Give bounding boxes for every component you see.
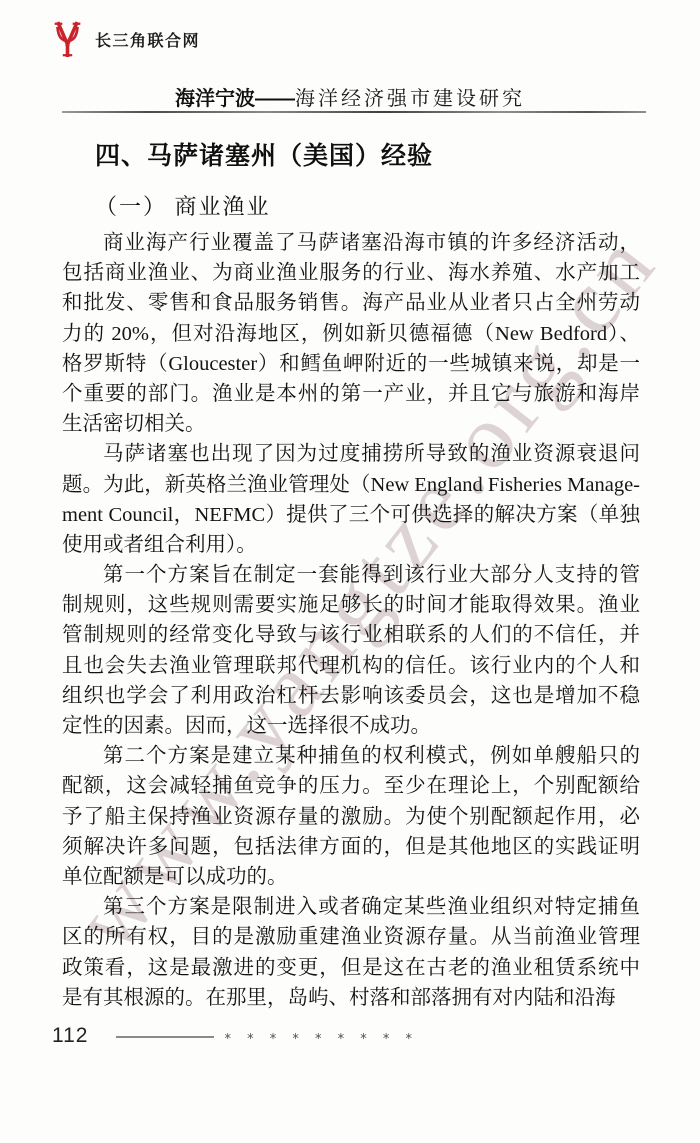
body-line: 制规则，这些规则需要实施足够长的时间才能取得效果。渔业 bbox=[62, 590, 640, 620]
body-line: 和批发、零售和食品服务销售。海产品业从业者只占全州劳动 bbox=[62, 288, 640, 318]
page-footer: 112 * * * * * * * * * bbox=[52, 1024, 418, 1048]
running-head-subtitle: 海洋经济强市建设研究 bbox=[295, 88, 525, 110]
body-line: 区的所有权，目的是激励重建渔业资源存量。从当前渔业管理 bbox=[62, 922, 640, 952]
body-line: 使用或者组合利用）。 bbox=[62, 530, 640, 560]
body-line: 政策看，这是最激进的变更，但是这在古老的渔业租赁系统中 bbox=[62, 953, 640, 983]
body-line: 单位配额是可以成功的。 bbox=[62, 862, 640, 892]
page-number: 112 bbox=[52, 1024, 88, 1048]
article-content: 四、马萨诸塞州（美国）经验 （一） 商业渔业 商业海产行业覆盖了马萨诸塞沿海市镇… bbox=[62, 138, 640, 1013]
body-line: 第三个方案是限制进入或者确定某些渔业组织对特定捕鱼 bbox=[62, 892, 640, 922]
body-line: 组织也学会了利用政治杠杆去影响该委员会，这也是增加不稳 bbox=[62, 681, 640, 711]
yangtze-trident-icon bbox=[54, 20, 81, 58]
body-line: 第二个方案是建立某种捕鱼的权利模式，例如单艘船只的 bbox=[62, 741, 640, 771]
body-paragraphs: 商业海产行业覆盖了马萨诸塞沿海市镇的许多经济活动，包括商业渔业、为商业渔业服务的… bbox=[62, 228, 640, 1013]
body-line: 马萨诸塞也出现了因为过度捕捞所导致的渔业资源衰退问 bbox=[62, 439, 640, 469]
body-line: 包括商业渔业、为商业渔业服务的行业、海水养殖、水产加工 bbox=[62, 258, 640, 288]
footer-separator-dots: * * * * * * * * * bbox=[224, 1032, 418, 1047]
body-line: 第一个方案旨在制定一套能得到该行业大部分人支持的管 bbox=[62, 560, 640, 590]
body-line: 配额，这会减轻捕鱼竞争的压力。至少在理论上，个别配额给 bbox=[62, 771, 640, 801]
body-line: 是有其根源的。在那里，岛屿、村落和部落拥有对内陆和沿海 bbox=[62, 983, 640, 1013]
running-head: 海洋宁波——海洋经济强市建设研究 bbox=[0, 82, 700, 111]
body-line: 且也会失去渔业管理联邦代理机构的信任。该行业内的个人和 bbox=[62, 651, 640, 681]
footer-rule bbox=[116, 1036, 214, 1038]
body-line: 生活密切相关。 bbox=[62, 409, 640, 439]
body-line: ment Council，NEFMC）提供了三个可供选择的解决方案（单独 bbox=[62, 500, 640, 530]
body-line: 个重要的部门。渔业是本州的第一产业，并且它与旅游和海岸 bbox=[62, 379, 640, 409]
body-line: 力的 20%，但对沿海地区，例如新贝德福德（New Bedford）、 bbox=[62, 319, 640, 349]
body-line: 管制规则的经常变化导致与该行业相联系的人们的不信任，并 bbox=[62, 620, 640, 650]
running-head-book-title: 海洋宁波—— bbox=[175, 88, 295, 110]
site-logo: 长三角联合网 bbox=[54, 20, 200, 58]
body-line: 格罗斯特（Gloucester）和鳕鱼岬附近的一些城镇来说，却是一 bbox=[62, 349, 640, 379]
body-line: 定性的因素。因而，这一选择很不成功。 bbox=[62, 711, 640, 741]
body-line: 商业海产行业覆盖了马萨诸塞沿海市镇的许多经济活动， bbox=[62, 228, 640, 258]
site-logo-name: 长三角联合网 bbox=[95, 28, 200, 51]
body-line: 题。为此，新英格兰渔业管理处（New England Fisheries Man… bbox=[62, 470, 640, 500]
header-rule bbox=[62, 111, 646, 113]
subsection-heading: （一） 商业渔业 bbox=[95, 190, 640, 224]
section-heading: 四、马萨诸塞州（美国）经验 bbox=[95, 138, 640, 174]
scanned-book-page: www.yangtze.org.cn 长三角联合网 海洋宁波——海洋经济强市建设… bbox=[0, 0, 700, 1143]
body-line: 须解决许多问题，包括法律方面的，但是其他地区的实践证明 bbox=[62, 832, 640, 862]
body-line: 予了船主保持渔业资源存量的激励。为使个别配额起作用，必 bbox=[62, 802, 640, 832]
